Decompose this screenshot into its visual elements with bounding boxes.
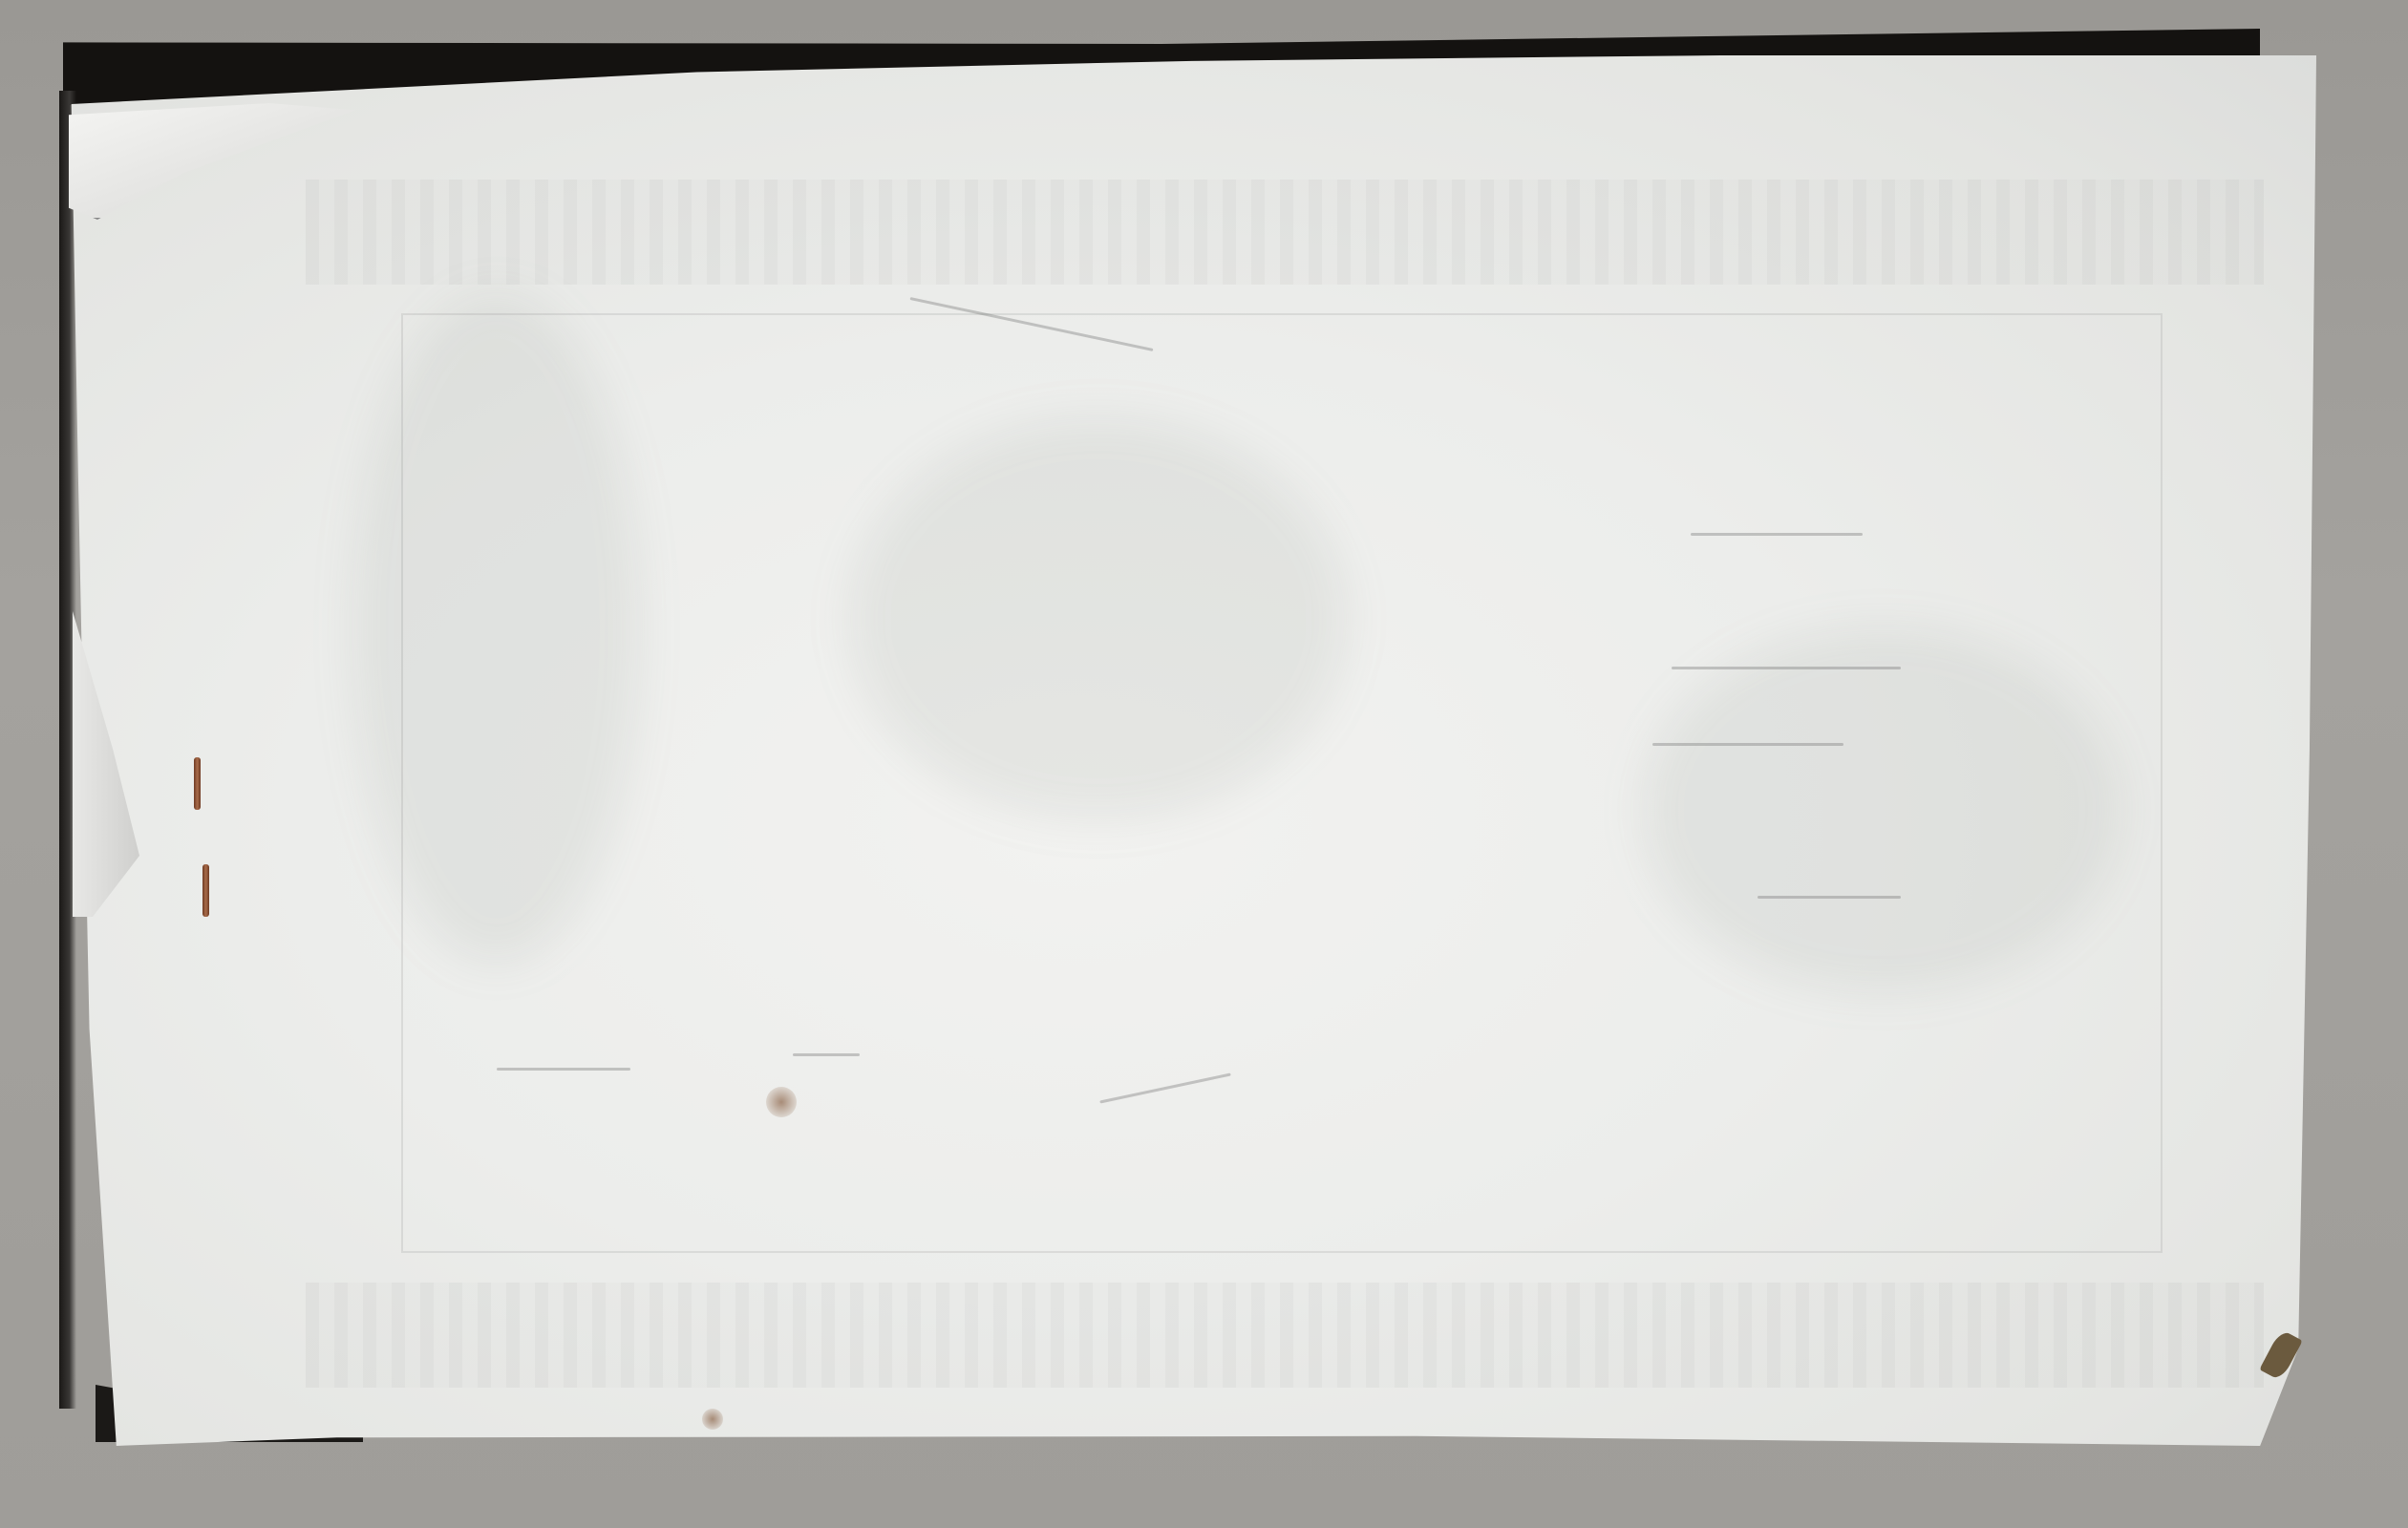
brown-stain: [766, 1087, 797, 1117]
show-through-mark: [1691, 533, 1863, 536]
paper-sheet: [67, 55, 2316, 1446]
brown-stain: [702, 1409, 723, 1430]
staple: [194, 757, 201, 810]
show-through-mark: [1652, 743, 1843, 746]
grey-smudge: [1643, 628, 2120, 991]
staple: [202, 864, 209, 917]
show-through-mark: [497, 1068, 630, 1071]
show-through-band-bottom: [306, 1283, 2264, 1388]
grey-smudge: [353, 294, 640, 963]
show-through-mark: [1758, 896, 1901, 899]
show-through-mark: [1672, 667, 1901, 669]
grey-smudge: [850, 418, 1347, 819]
show-through-mark: [793, 1053, 860, 1056]
show-through-band-top: [306, 180, 2264, 285]
